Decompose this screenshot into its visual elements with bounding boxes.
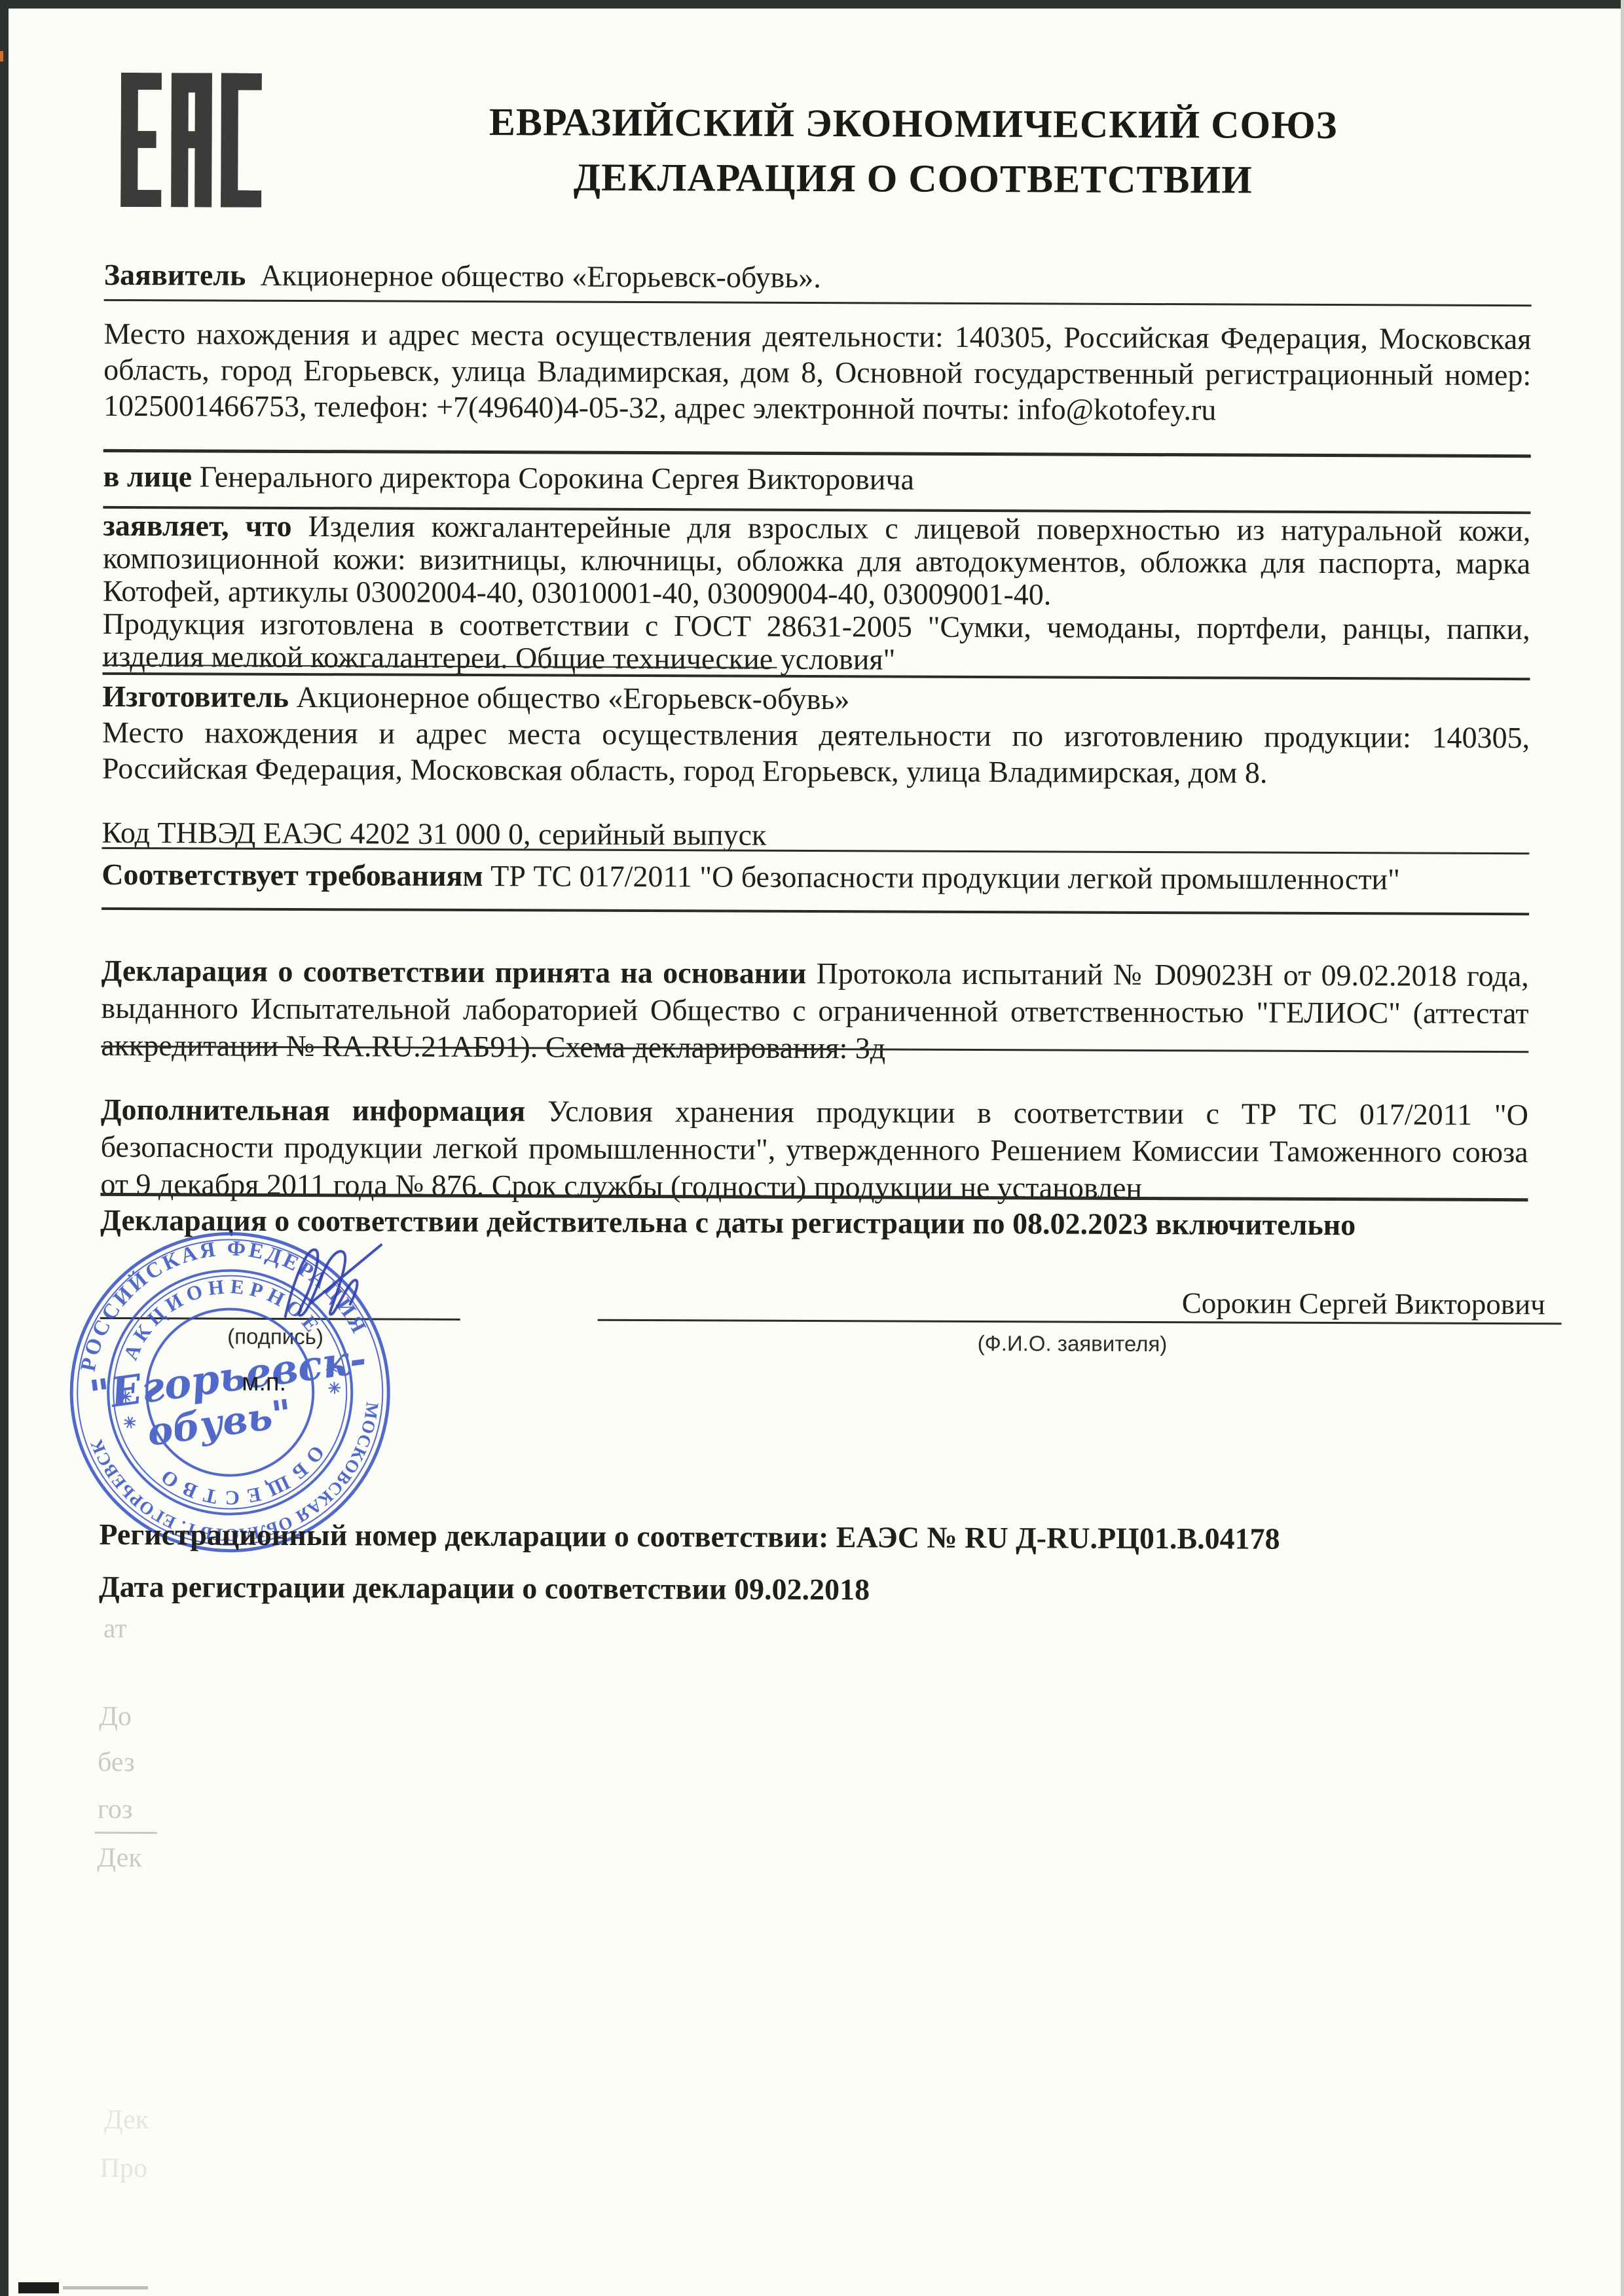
ghost-text: До — [99, 1702, 132, 1731]
basis-label: Декларация о соответствии принята на осн… — [101, 954, 807, 990]
signature-ink — [272, 1241, 384, 1333]
manufacturer-address: Место нахождения и адрес места осуществл… — [102, 714, 1530, 792]
registration-number-line: Регистрационный номер декларации о соотв… — [99, 1516, 1526, 1558]
svg-text:✳: ✳ — [120, 1413, 141, 1431]
complies-label: Соответствует требованиям — [101, 858, 483, 892]
declares-label: заявляет, что — [103, 509, 291, 543]
additional-info-label: Дополнительная информация — [101, 1093, 526, 1127]
ghost-text: без — [98, 1748, 135, 1777]
applicant-label: Заявитель — [104, 258, 246, 292]
applicant-fio: Сорокин Сергей Викторович — [752, 1285, 1545, 1322]
declares-paragraph: заявляет, что Изделия кожгалантерейные д… — [103, 509, 1531, 613]
divider — [101, 907, 1529, 915]
ghost-text: Дек — [97, 1844, 141, 1872]
stamp-star-icon: ✳ — [120, 1413, 141, 1431]
declares-block: заявляет, что Изделия кожгалантерейные д… — [102, 509, 1530, 678]
ghost-text: ат — [103, 1614, 127, 1643]
applicant-address: Место нахождения и адрес места осуществл… — [103, 316, 1532, 429]
applicant-value: Акционерное общество «Егорьевск-обувь». — [260, 259, 821, 294]
manufacturer-block: Изготовитель Акционерное общество «Егорь… — [102, 678, 1530, 792]
gost-paragraph: Продукция изготовлена в соответствии с Г… — [102, 608, 1530, 678]
ghost-dash — [95, 1832, 157, 1834]
fio-caption: (Ф.И.О. заявителя) — [967, 1331, 1177, 1357]
document-title: ЕВРАЗИЙСКИЙ ЭКОНОМИЧЕСКИЙ СОЮЗ ДЕКЛАРАЦИ… — [422, 94, 1405, 208]
represented-by-line: в лице Генерального директора Сорокина С… — [103, 458, 1530, 500]
represented-by-label: в лице — [103, 460, 192, 494]
divider — [104, 299, 1532, 306]
seal-place-caption: м.п. — [242, 1369, 286, 1397]
scanned-declaration-page: ЕВРАЗИЙСКИЙ ЭКОНОМИЧЕСКИЙ СОЮЗ ДЕКЛАРАЦИ… — [0, 0, 1624, 2296]
eac-logo-icon — [120, 73, 262, 208]
title-line-2: ДЕКЛАРАЦИЯ О СООТВЕТСТВИИ — [422, 149, 1404, 208]
manufacturer-value: Акционерное общество «Егорьевск-обувь» — [289, 680, 850, 716]
complies-line: Соответствует требованиям ТР ТС 017/2011… — [101, 856, 1529, 898]
declares-text: Изделия кожгалантерейные для взрослых с … — [103, 509, 1531, 611]
ghost-text: Дек — [104, 2105, 149, 2134]
ghost-text: Про — [100, 2154, 148, 2183]
applicant-line: ЗаявительАкционерное общество «Егорьевск… — [104, 257, 1532, 299]
complies-value: ТР ТС 017/2011 "О безопасности продукции… — [483, 859, 1400, 896]
divider — [103, 449, 1531, 458]
ghost-text: гоз — [98, 1795, 133, 1824]
represented-by-value: Генерального директора Сорокина Сергея В… — [192, 460, 914, 496]
manufacturer-label: Изготовитель — [102, 680, 289, 714]
manufacturer-line: Изготовитель Акционерное общество «Егорь… — [102, 678, 1530, 720]
additional-info-block: Дополнительная информация Условия хранен… — [100, 1091, 1528, 1208]
registration-date-line: Дата регистрации декларации о соответств… — [99, 1569, 1526, 1611]
title-line-1: ЕВРАЗИЙСКИЙ ЭКОНОМИЧЕСКИЙ СОЮЗ — [422, 94, 1405, 153]
